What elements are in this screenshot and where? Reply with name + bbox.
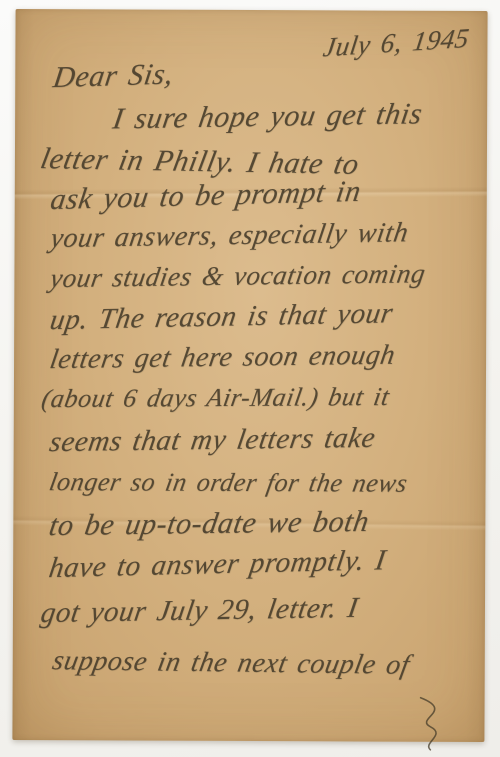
letter-line: longer so in order for the news — [47, 467, 410, 499]
letter-salutation: Dear Sis, — [51, 57, 176, 95]
letter-line: letters get here soon enough — [47, 340, 397, 377]
letter-line: I sure hope you get this — [110, 97, 424, 136]
letter-line: have to answer promptly. I — [47, 544, 389, 585]
letter-line: (about 6 days Air-Mail.) but it — [39, 382, 392, 414]
letter-line: up. The reason is that your — [48, 297, 396, 337]
pen-flourish-stroke — [410, 695, 480, 755]
letter-date: July 6, 1945 — [321, 23, 471, 64]
letter-line: suppose in the next couple of — [50, 645, 413, 682]
letter-line: to be up-to-date we both — [47, 505, 372, 543]
scan-background: July 6, 1945 Dear Sis, I sure hope you g… — [0, 0, 500, 757]
letter-line: your answers, especially with — [48, 217, 411, 255]
letter-paper: July 6, 1945 Dear Sis, I sure hope you g… — [12, 9, 487, 742]
letter-line: ask you to be prompt in — [48, 175, 363, 218]
letter-line: your studies & vocation coming — [48, 258, 428, 294]
letter-line: seems that my letters take — [47, 422, 378, 459]
letter-line: got your July 29, letter. I — [38, 592, 360, 630]
